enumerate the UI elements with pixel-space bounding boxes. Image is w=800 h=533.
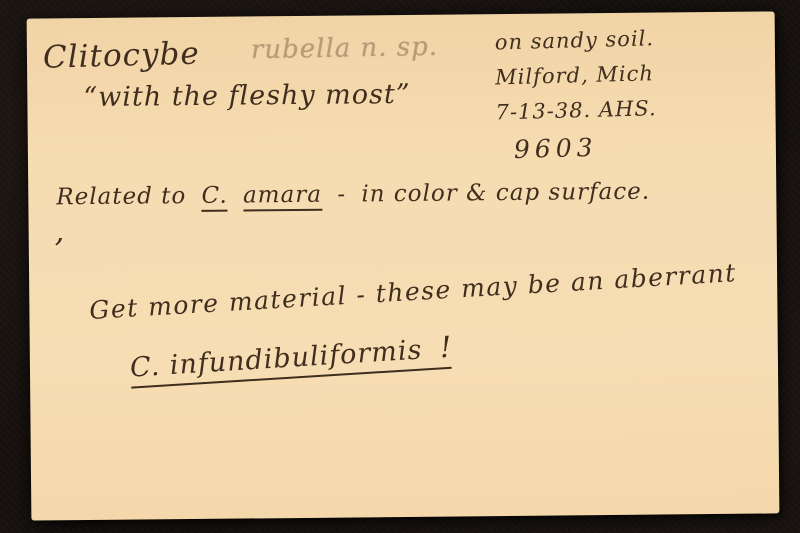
reminder-species-line: C. infundibuliformis ! <box>129 330 454 384</box>
genus-abbrev-underlined: C. <box>201 183 227 212</box>
reminder-line: Get more material - these may be an aber… <box>89 258 738 325</box>
index-card: Clitocybe rubella n. sp. “with the flesh… <box>27 11 780 520</box>
collection-number: 9603 <box>495 126 657 167</box>
relation-prefix: Related to <box>56 183 186 210</box>
exclamation-mark: ! <box>439 330 454 365</box>
genus-name: Clitocybe <box>43 36 201 76</box>
relation-note: Related to C. amara - in color & cap sur… <box>56 179 657 211</box>
photo-background: Clitocybe rubella n. sp. “with the flesh… <box>0 0 800 533</box>
date-and-collector: 7-13-38. AHS. <box>495 91 657 130</box>
collection-block: on sandy soil. Milford, Mich 7-13-38. AH… <box>495 23 657 167</box>
species-name-underlined: amara <box>243 182 322 212</box>
locality: Milford, Mich <box>495 56 657 95</box>
relation-suffix: in color & cap surface. <box>361 179 650 208</box>
stray-pen-mark: , <box>54 214 65 249</box>
relation-dash: - <box>337 182 346 208</box>
species-line-underlined: C. infundibuliformis <box>129 333 451 389</box>
habitat-note: on sandy soil. <box>494 21 656 60</box>
species-annotation-pencil: rubella n. sp. <box>251 32 439 65</box>
field-note-quote: “with the fleshy most” <box>83 79 411 113</box>
